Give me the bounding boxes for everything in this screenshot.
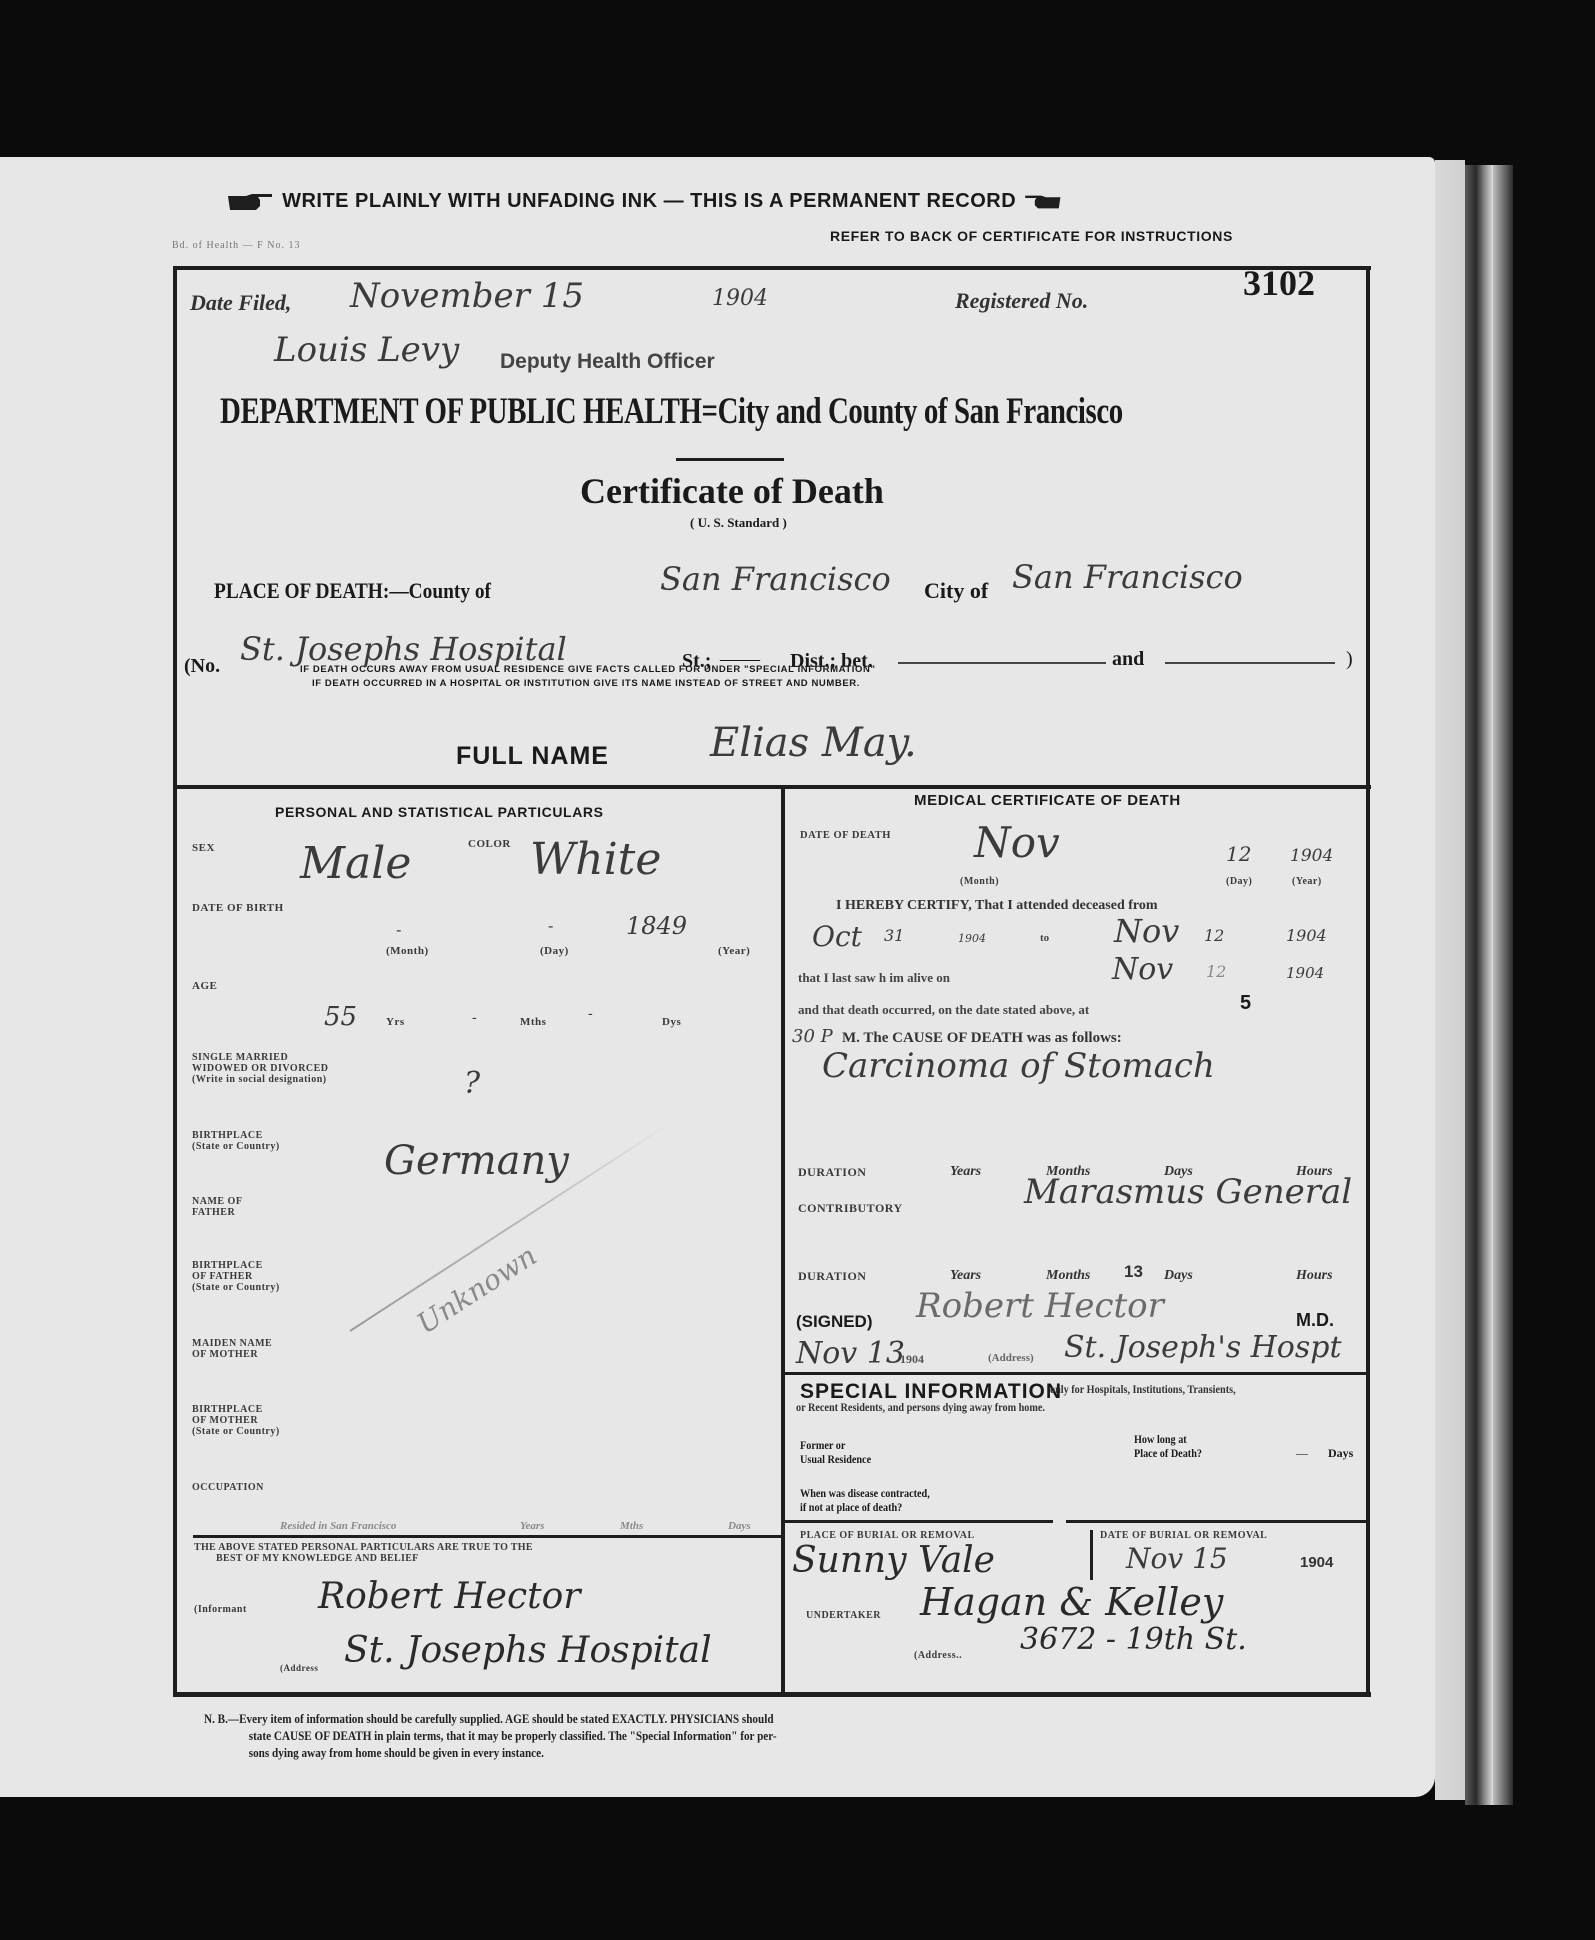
age-days-label: Dys bbox=[662, 1016, 681, 1028]
last-saw-month: Nov bbox=[1112, 952, 1173, 987]
institution-value: St. Josephs Hospital bbox=[240, 630, 567, 668]
duration-months-label-2: Months bbox=[1046, 1268, 1090, 1284]
district-blank-2 bbox=[1165, 662, 1335, 664]
duration-label-1: DURATION bbox=[798, 1166, 866, 1178]
department-title: DEPARTMENT OF PUBLIC HEALTH=City and Cou… bbox=[220, 390, 1123, 433]
medical-heading: MEDICAL CERTIFICATE OF DEATH bbox=[914, 792, 1181, 809]
special-divider bbox=[783, 1372, 1370, 1375]
how-long-days-label: Days bbox=[1328, 1446, 1353, 1461]
mother-maiden-label: MAIDEN NAME OF MOTHER bbox=[192, 1338, 272, 1360]
city-label: City of bbox=[924, 578, 988, 604]
and-label: and bbox=[1112, 648, 1144, 671]
resided-days-label: Days bbox=[728, 1520, 751, 1532]
printer-note: Bd. of Health — F No. 13 bbox=[172, 240, 300, 251]
signed-date: Nov 13 bbox=[796, 1336, 905, 1371]
page-edge bbox=[1435, 160, 1465, 1800]
occurred-text: and that death occurred, on the date sta… bbox=[798, 1002, 1089, 1018]
section-divider bbox=[173, 785, 1371, 789]
age-years-label: Yrs bbox=[386, 1016, 405, 1028]
informant-statement: THE ABOVE STATED PERSONAL PARTICULARS AR… bbox=[194, 1542, 533, 1564]
marital-value: ? bbox=[464, 1066, 480, 1101]
age-days: - bbox=[588, 1006, 593, 1022]
former-residence-label: Former or Usual Residence bbox=[800, 1438, 871, 1466]
attended-from-day: 31 bbox=[884, 926, 904, 945]
last-saw-text: that I last saw h im alive on bbox=[798, 970, 950, 986]
title-rule bbox=[676, 458, 784, 461]
certificate-title: Certificate of Death bbox=[580, 470, 884, 512]
footnote-nb: N. B.— bbox=[204, 1711, 239, 1726]
contributory-value: Marasmus General bbox=[1024, 1172, 1352, 1212]
book-binding-shadow bbox=[1493, 165, 1513, 1805]
time-hour: 5 bbox=[1240, 992, 1251, 1015]
registered-number: 3102 bbox=[1243, 262, 1315, 304]
pointing-hand-right-icon bbox=[226, 192, 276, 212]
death-day-label: (Day) bbox=[1226, 876, 1252, 888]
signed-address: St. Joseph's Hospt bbox=[1064, 1330, 1342, 1365]
full-name-label: FULL NAME bbox=[456, 742, 609, 771]
undertaker-address: 3672 - 19th St. bbox=[1020, 1622, 1247, 1657]
burial-column-divider bbox=[1090, 1530, 1093, 1580]
frame-left bbox=[173, 266, 177, 1696]
death-year: 1904 bbox=[1290, 846, 1333, 866]
age-months: - bbox=[472, 1010, 477, 1026]
how-long-value: — bbox=[1296, 1446, 1308, 1461]
dob-month-label: (Month) bbox=[386, 945, 429, 957]
father-birthplace-label: BIRTHPLACE OF FATHER (State or Country) bbox=[192, 1260, 280, 1293]
to-label: to bbox=[1040, 932, 1049, 944]
informant-label: (Informant bbox=[194, 1604, 247, 1616]
burial-date-label: DATE of BURIAL or REMOVAL bbox=[1100, 1530, 1267, 1542]
duration-days-label-2: Days bbox=[1164, 1268, 1193, 1284]
attended-from-month: Oct bbox=[812, 920, 862, 953]
informant-address-label: (Address bbox=[280, 1662, 318, 1674]
informant-name: Robert Hector bbox=[318, 1576, 580, 1617]
cause-value: Carcinoma of Stomach bbox=[822, 1046, 1215, 1086]
frame-top bbox=[173, 266, 1371, 270]
informant-address: St. Josephs Hospital bbox=[344, 1630, 712, 1671]
book-binding bbox=[1465, 165, 1493, 1805]
contracted-label: When was disease contracted, if not at p… bbox=[800, 1486, 930, 1514]
age-years: 55 bbox=[324, 1002, 357, 1032]
duration-years-label-2: Years bbox=[950, 1268, 981, 1284]
date-filed-year: 1904 bbox=[712, 286, 768, 311]
burial-divider-right bbox=[1066, 1520, 1370, 1523]
death-year-label: (Year) bbox=[1292, 876, 1322, 888]
pointing-hand-left-icon bbox=[1022, 192, 1062, 212]
burial-date: Nov 15 bbox=[1126, 1542, 1228, 1575]
undertaker-label: UNDERTAKER bbox=[806, 1610, 881, 1622]
officer-signature: Louis Levy bbox=[274, 330, 459, 370]
death-month: Nov bbox=[974, 818, 1060, 867]
signed-name: Robert Hector bbox=[916, 1286, 1164, 1326]
signed-label: (SIGNED) bbox=[796, 1312, 873, 1332]
death-month-label: (Month) bbox=[960, 876, 999, 888]
dob-day-label: (Day) bbox=[540, 945, 569, 957]
dob-month: - bbox=[396, 920, 401, 939]
attended-to-month: Nov bbox=[1114, 912, 1179, 950]
mother-birthplace-label: BIRTHPLACE OF MOTHER (State or Country) bbox=[192, 1404, 280, 1437]
attended-to-year: 1904 bbox=[1286, 926, 1327, 945]
frame-bottom bbox=[173, 1692, 1371, 1697]
duration-years-label-1: Years bbox=[950, 1164, 981, 1180]
father-name-label: NAME OF FATHER bbox=[192, 1196, 242, 1218]
place-of-death-label: PLACE OF DEATH:—County of bbox=[214, 578, 491, 604]
resided-years-label: Years bbox=[520, 1520, 544, 1532]
cause-intro: M. The CAUSE OF DEATH was as follows: bbox=[842, 1030, 1122, 1047]
district-blank-1 bbox=[898, 662, 1106, 664]
informant-divider bbox=[193, 1535, 783, 1538]
time-suffix: 30 P bbox=[792, 1026, 833, 1047]
death-day: 12 bbox=[1226, 842, 1251, 866]
no-label: (No. bbox=[184, 655, 220, 678]
burial-divider-left bbox=[783, 1520, 1053, 1523]
place-note-1: IF DEATH OCCURS AWAY FROM USUAL RESIDENC… bbox=[300, 664, 876, 675]
frame-right bbox=[1366, 266, 1370, 1696]
duration-label-2: DURATION bbox=[798, 1270, 866, 1282]
paren-close: ) bbox=[1346, 648, 1353, 671]
special-subheading-2: or Recent Residents, and persons dying a… bbox=[796, 1400, 1045, 1415]
banner-text: WRITE PLAINLY WITH UNFADING INK — THIS I… bbox=[282, 190, 1016, 212]
sex-value: Male bbox=[300, 838, 411, 889]
last-saw-year: 1904 bbox=[1286, 964, 1324, 982]
date-filed-value: November 15 bbox=[350, 276, 584, 316]
age-months-label: Mths bbox=[520, 1016, 546, 1028]
refer-note: REFER TO BACK OF CERTIFICATE FOR INSTRUC… bbox=[830, 228, 1233, 244]
marital-label: SINGLE MARRIED WIDOWED OR DIVORCED (Writ… bbox=[192, 1052, 329, 1085]
attended-from-year: 1904 bbox=[958, 932, 986, 945]
color-label: COLOR bbox=[468, 838, 511, 850]
contrib-duration-days: 13 bbox=[1124, 1262, 1143, 1282]
dob-day: - bbox=[548, 916, 553, 935]
registered-label: Registered No. bbox=[955, 288, 1088, 314]
signed-address-label: (Address) bbox=[988, 1352, 1034, 1364]
personal-heading: PERSONAL AND STATISTICAL PARTICULARS bbox=[275, 804, 604, 820]
occupation-label: OCCUPATION bbox=[192, 1482, 264, 1494]
place-note-2: IF DEATH OCCURRED IN A HOSPITAL OR INSTI… bbox=[312, 678, 860, 689]
md-label: M.D. bbox=[1296, 1310, 1334, 1331]
dob-year-label: (Year) bbox=[718, 945, 750, 957]
burial-place: Sunny Vale bbox=[792, 1540, 995, 1581]
officer-title: Deputy Health Officer bbox=[500, 350, 715, 374]
duration-hours-label-2: Hours bbox=[1296, 1268, 1333, 1284]
resided-label: Resided in San Francisco bbox=[280, 1520, 396, 1532]
column-divider bbox=[781, 785, 785, 1695]
last-saw-day: 12 bbox=[1206, 962, 1226, 981]
undertaker-name: Hagan & Kelley bbox=[920, 1580, 1223, 1624]
certify-text: I HEREBY CERTIFY, That I attended deceas… bbox=[836, 898, 1158, 914]
undertaker-address-label: (Address.. bbox=[914, 1650, 962, 1662]
banner: WRITE PLAINLY WITH UNFADING INK — THIS I… bbox=[226, 190, 1062, 213]
dob-label: DATE OF BIRTH bbox=[192, 902, 284, 914]
age-label: AGE bbox=[192, 980, 217, 992]
date-filed-label: Date Filed, bbox=[190, 290, 291, 316]
city-value: San Francisco bbox=[1012, 558, 1243, 596]
date-of-death-label: DATE OF DEATH bbox=[800, 830, 891, 842]
birthplace-label: BIRTHPLACE (State or Country) bbox=[192, 1130, 280, 1152]
footnote: N. B.—Every item of information should b… bbox=[204, 1710, 777, 1761]
color-value: White bbox=[530, 834, 661, 885]
dob-year: 1849 bbox=[626, 912, 687, 940]
full-name-value: Elias May. bbox=[710, 720, 917, 766]
signed-year: 1904 bbox=[900, 1352, 924, 1367]
sex-label: SEX bbox=[192, 842, 215, 854]
contributory-label: CONTRIBUTORY bbox=[798, 1202, 903, 1214]
resided-months-label: Mths bbox=[620, 1520, 643, 1532]
standard-label: ( U. S. Standard ) bbox=[690, 515, 787, 531]
burial-year: 1904 bbox=[1300, 1554, 1333, 1571]
attended-to-day: 12 bbox=[1204, 926, 1224, 945]
county-value: San Francisco bbox=[660, 560, 891, 598]
birthplace-value: Germany bbox=[384, 1138, 569, 1184]
how-long-label: How long at Place of Death? bbox=[1134, 1432, 1202, 1460]
special-subheading-1: only for Hospitals, Institutions, Transi… bbox=[1050, 1382, 1236, 1397]
